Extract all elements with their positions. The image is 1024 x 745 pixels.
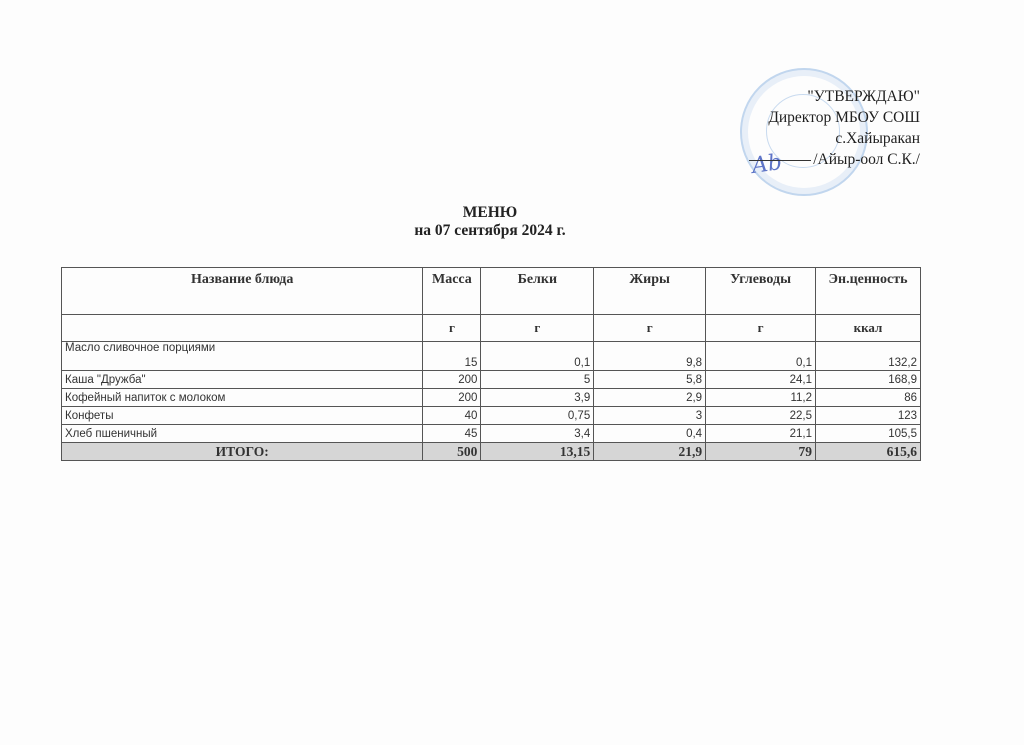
dish-name: Кофейный напиток с молоком — [62, 389, 423, 407]
dish-energy: 168,9 — [816, 371, 921, 389]
dish-carbs: 0,1 — [706, 342, 816, 371]
dish-energy: 105,5 — [816, 425, 921, 443]
dish-name: Конфеты — [62, 407, 423, 425]
dish-protein: 3,9 — [481, 389, 594, 407]
total-protein: 13,15 — [481, 443, 594, 461]
table-row: Каша "Дружба" 200 5 5,8 24,1 168,9 — [62, 371, 921, 389]
col-header-mass: Масса — [423, 268, 481, 315]
dish-name: Каша "Дружба" — [62, 371, 423, 389]
dish-protein: 3,4 — [481, 425, 594, 443]
dish-mass: 15 — [423, 342, 481, 371]
dish-mass: 40 — [423, 407, 481, 425]
dish-name: Хлеб пшеничный — [62, 425, 423, 443]
units-row: г г г г ккал — [62, 315, 921, 342]
dish-carbs: 22,5 — [706, 407, 816, 425]
dish-mass: 200 — [423, 389, 481, 407]
table-row: Кофейный напиток с молоком 200 3,9 2,9 1… — [62, 389, 921, 407]
dish-carbs: 24,1 — [706, 371, 816, 389]
dish-protein: 0,75 — [481, 407, 594, 425]
header-row: Название блюда Масса Белки Жиры Углеводы… — [62, 268, 921, 315]
total-mass: 500 — [423, 443, 481, 461]
unit-name — [62, 315, 423, 342]
table-row: Масло сливочное порциями 15 0,1 9,8 0,1 … — [62, 342, 921, 371]
unit-carbs: г — [706, 315, 816, 342]
dish-protein: 0,1 — [481, 342, 594, 371]
menu-table: Название блюда Масса Белки Жиры Углеводы… — [61, 267, 921, 461]
unit-energy: ккал — [816, 315, 921, 342]
unit-protein: г — [481, 315, 594, 342]
dish-fat: 9,8 — [594, 342, 706, 371]
approval-block: "УТВЕРЖДАЮ" Директор МБОУ СОШ с.Хайырака… — [749, 86, 920, 170]
dish-energy: 132,2 — [816, 342, 921, 371]
col-header-name: Название блюда — [62, 268, 423, 315]
signature-line — [749, 160, 811, 161]
total-fat: 21,9 — [594, 443, 706, 461]
total-label: ИТОГО: — [62, 443, 423, 461]
director-name: /Айыр-оол С.К./ — [813, 151, 920, 168]
col-header-energy: Эн.ценность — [816, 268, 921, 315]
dish-name: Масло сливочное порциями — [62, 342, 423, 371]
approval-line-2: Директор МБОУ СОШ — [749, 107, 920, 128]
table-row: Конфеты 40 0,75 3 22,5 123 — [62, 407, 921, 425]
dish-energy: 123 — [816, 407, 921, 425]
menu-date: на 07 сентября 2024 г. — [0, 222, 980, 240]
dish-mass: 45 — [423, 425, 481, 443]
dish-mass: 200 — [423, 371, 481, 389]
table-row: Хлеб пшеничный 45 3,4 0,4 21,1 105,5 — [62, 425, 921, 443]
dish-carbs: 21,1 — [706, 425, 816, 443]
menu-heading: МЕНЮ — [0, 204, 980, 222]
dish-protein: 5 — [481, 371, 594, 389]
approval-line-4: /Айыр-оол С.К./ — [749, 149, 920, 170]
col-header-protein: Белки — [481, 268, 594, 315]
col-header-fat: Жиры — [594, 268, 706, 315]
unit-mass: г — [423, 315, 481, 342]
dish-carbs: 11,2 — [706, 389, 816, 407]
dish-fat: 5,8 — [594, 371, 706, 389]
dish-fat: 2,9 — [594, 389, 706, 407]
unit-fat: г — [594, 315, 706, 342]
approval-line-1: "УТВЕРЖДАЮ" — [749, 86, 920, 107]
total-carbs: 79 — [706, 443, 816, 461]
col-header-carbs: Углеводы — [706, 268, 816, 315]
dish-fat: 0,4 — [594, 425, 706, 443]
total-energy: 615,6 — [816, 443, 921, 461]
dish-fat: 3 — [594, 407, 706, 425]
total-row: ИТОГО: 500 13,15 21,9 79 615,6 — [62, 443, 921, 461]
approval-line-3: с.Хайыракан — [749, 128, 920, 149]
dish-energy: 86 — [816, 389, 921, 407]
